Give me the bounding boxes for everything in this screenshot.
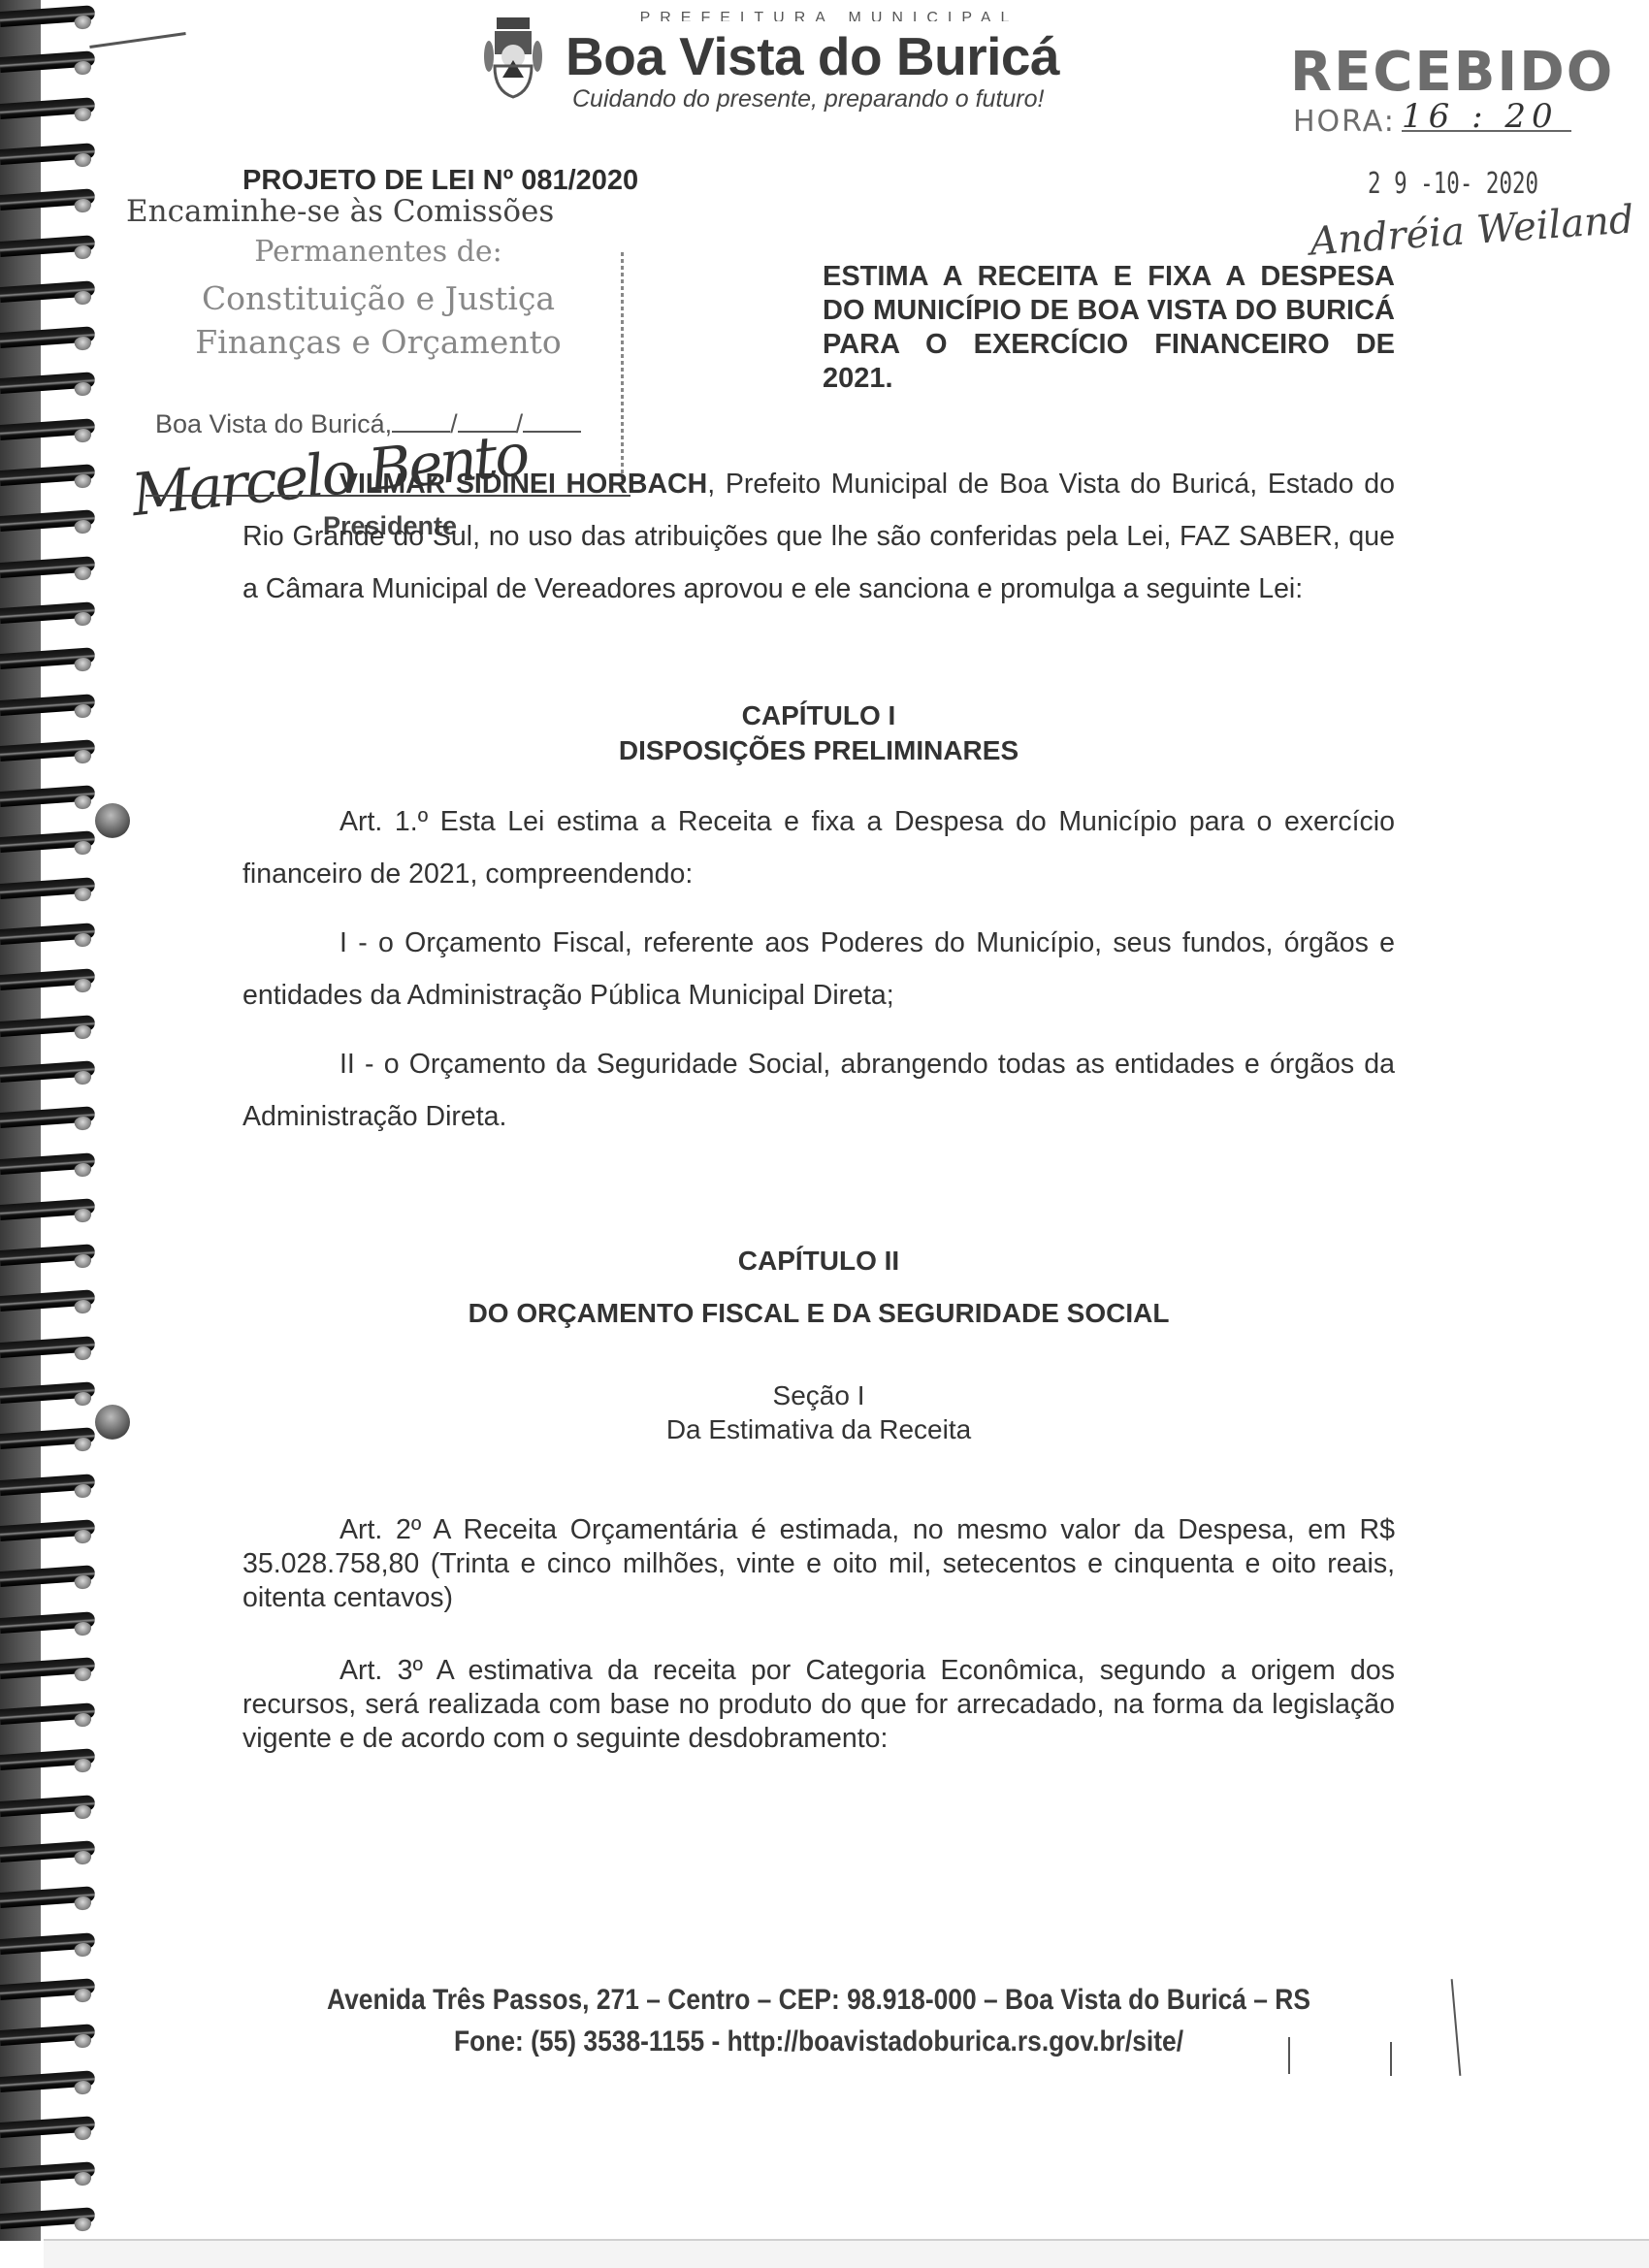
binding-ring-bead [95, 1405, 130, 1440]
received-stamp-date: 2 9 -10- 2020 [1368, 167, 1538, 201]
pen-stroke [1288, 2037, 1290, 2074]
forwarding-stamp-line3: Constituição e Justiça [126, 279, 630, 317]
prefeitura-line: PREFEITURA MUNICIPAL DE [621, 10, 1038, 21]
date-blank [523, 431, 581, 433]
article-2: Art. 2º A Receita Orçamentária é estimad… [242, 1513, 1395, 1615]
pen-stroke [89, 32, 185, 49]
article-1-item-1: I - o Orçamento Fiscal, referente aos Po… [242, 917, 1395, 1021]
section-1-title: Seção I [242, 1380, 1395, 1411]
page-edge [44, 2239, 1649, 2268]
forwarding-stamp-line2: Permanentes de: [126, 235, 630, 269]
pen-stroke [1390, 2042, 1392, 2076]
municipal-coat-of-arms-icon [483, 14, 543, 103]
municipality-name: Boa Vista do Buricá [566, 25, 1059, 87]
article-3: Art. 3º A estimativa da receita por Cate… [242, 1654, 1395, 1756]
received-stamp-label: RECEBIDO [1290, 41, 1614, 104]
pen-stroke [1451, 1979, 1462, 2076]
forwarding-stamp-line4: Finanças e Orçamento [126, 323, 630, 361]
bill-summary: ESTIMA A RECEITA E FIXA A DESPESA DO MUN… [823, 260, 1395, 396]
chapter-2-title: CAPÍTULO II [242, 1246, 1395, 1277]
section-1-subtitle: Da Estimativa da Receita [242, 1414, 1395, 1445]
mayor-name: VILMAR SIDINEI HORBACH [339, 469, 707, 500]
footer-contact: Fone: (55) 3538-1155 - http://boavistado… [311, 2025, 1325, 2058]
bill-number: PROJETO DE LEI Nº 081/2020 [242, 165, 638, 197]
received-stamp-hora-label: HORA: [1293, 105, 1396, 139]
chapter-1-title: CAPÍTULO I [242, 700, 1395, 731]
stamp-border [621, 252, 624, 485]
received-stamp-hora-value: 16 : 20 [1402, 97, 1571, 132]
article-1-item-2: II - o Orçamento da Seguridade Social, a… [242, 1038, 1395, 1143]
footer-address: Avenida Três Passos, 271 – Centro – CEP:… [311, 1984, 1325, 2017]
binding-ring-bead [95, 803, 130, 838]
receiver-signature: Andréia Weiland [1309, 197, 1635, 264]
article-1: Art. 1.º Esta Lei estima a Receita e fix… [242, 795, 1395, 900]
forwarding-stamp-line1: Encaminhe-se às Comissões [126, 194, 554, 229]
preamble: VILMAR SIDINEI HORBACH, Prefeito Municip… [242, 458, 1395, 615]
place-text: Boa Vista do Buricá, [155, 409, 392, 438]
chapter-2-subtitle: DO ORÇAMENTO FISCAL E DA SEGURIDADE SOCI… [242, 1298, 1395, 1329]
municipality-tagline: Cuidando do presente, preparando o futur… [572, 85, 1044, 113]
chapter-1-subtitle: DISPOSIÇÕES PRELIMINARES [242, 735, 1395, 766]
